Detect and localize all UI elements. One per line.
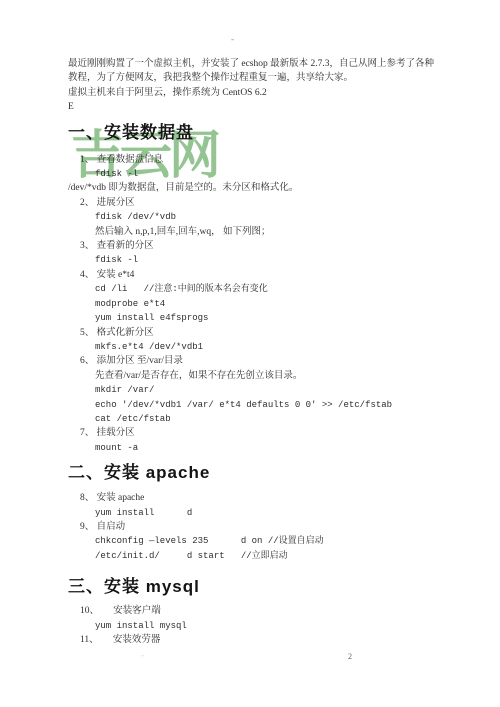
code-line: yum install mysql (95, 619, 444, 633)
document-page: - 吉云网 最近刚刚购置了一个虚拟主机，并安装了 ecshop 最新版本 2.7… (0, 0, 500, 707)
code-line: mkfs.e*t4 /dev/*vdb1 (95, 340, 444, 354)
list-item: 6、 添加分区 至/var/目录 (80, 354, 444, 368)
list-item: 11、 安装效劳器 (80, 633, 444, 647)
intro-line: 教程，为了方便网友，我把我整个操作过程重复一遍，共享给大家。 (68, 71, 444, 85)
code-line: yum install e4fsprogs (95, 311, 444, 325)
footer-page-number: 2 (348, 653, 352, 661)
section-heading-install-mysql: 三、安装 mysql (68, 577, 444, 597)
code-line: cd /li //注意:中间的版本名会有变化 (95, 282, 444, 296)
code-line: chkconfig —levels 235 d on //设置自启动 (95, 534, 444, 548)
body-line: /dev/*vdb 即为数据盘，目前是空的。未分区和格式化。 (68, 181, 444, 195)
code-line: mkdir /var/ (95, 383, 444, 397)
code-line: fdisk -l (95, 167, 444, 181)
intro-line: 最近刚刚购置了一个虚拟主机，并安装了 ecshop 最新版本 2.7.3，自己从… (68, 57, 444, 71)
code-line: fdisk /dev/*vdb (95, 210, 444, 224)
list-item: 2、 进展分区 (80, 196, 444, 210)
document-content: 最近刚刚购置了一个虚拟主机，并安装了 ecshop 最新版本 2.7.3，自己从… (0, 0, 500, 647)
code-line: modprobe e*t4 (95, 297, 444, 311)
code-line: mount -a (95, 441, 444, 455)
code-line: yum install d (95, 506, 444, 520)
list-item: 7、 挂载分区 (80, 426, 444, 440)
intro-line: 虚拟主机来自于阿里云，操作系统为 CentOS 6.2 (68, 86, 444, 100)
section-heading-install-apache: 二、安装 apache (68, 463, 444, 483)
code-line: /etc/init.d/ d start //立即启动 (95, 549, 444, 563)
intro-line: E (68, 100, 444, 114)
code-line: echo '/dev/*vdb1 /var/ e*t4 defaults 0 0… (95, 398, 444, 412)
list-item: 10、 安装客户端 (80, 604, 444, 618)
code-line: cat /etc/fstab (95, 412, 444, 426)
body-line: 然后输入 n,p,1,回车,回车,wq， 如下列图； (95, 225, 444, 239)
footer-left-mark: - (141, 651, 144, 660)
code-line: fdisk -l (95, 253, 444, 267)
list-item: 5、 格式化新分区 (80, 326, 444, 340)
body-line: 先查看/var/是否存在，如果不存在先创立该目录。 (95, 369, 444, 383)
list-item: 8、 安装 apache (80, 491, 444, 505)
list-item: 1、 查看数据盘信息 (80, 153, 444, 167)
list-item: 9、 自启动 (80, 520, 444, 534)
list-item: 4、 安装 e*t4 (80, 268, 444, 282)
list-item: 3、 查看新的分区 (80, 239, 444, 253)
section-heading-install-data-disk: 一、安装数据盘 (68, 123, 444, 143)
